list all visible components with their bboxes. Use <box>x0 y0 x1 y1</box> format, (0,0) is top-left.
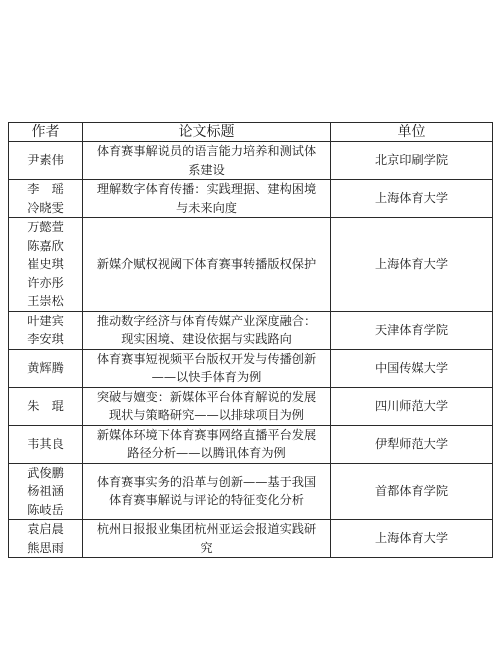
paper-title-line: 杭州日报报业集团杭州亚运会报道实践研 <box>87 520 326 539</box>
header-author: 作者 <box>9 123 83 142</box>
author-name: 陈岐岳 <box>13 501 78 520</box>
paper-title-line: 体育赛事解说员的语言能力培养和测试体 <box>87 142 326 161</box>
author-cell: 韦其良 <box>9 425 83 463</box>
paper-title-line: 理解数字体育传播：实践理据、建构困境 <box>87 180 326 199</box>
affiliation-cell: 上海体育大学 <box>331 520 493 558</box>
header-affiliation: 单位 <box>331 123 493 142</box>
table-row: 袁启晨熊思雨杭州日报报业集团杭州亚运会报道实践研究上海体育大学 <box>9 520 493 558</box>
author-name: 杨祖涵 <box>13 482 78 501</box>
paper-title-line: 体育赛事短视频平台版权开发与传播创新 <box>87 350 326 369</box>
paper-title-cell: 杭州日报报业集团杭州亚运会报道实践研究 <box>83 520 331 558</box>
paper-title-cell: 新媒介赋权视阈下体育赛事转播版权保护 <box>83 218 331 312</box>
paper-title-line: 路径分析——以腾讯体育为例 <box>87 444 326 463</box>
paper-title-line: 推动数字经济与体育传媒产业深度融合： <box>87 312 326 331</box>
table-row: 韦其良新媒体环境下体育赛事网络直播平台发展路径分析——以腾讯体育为例伊犁师范大学 <box>9 425 493 463</box>
paper-title-cell: 体育赛事实务的沿革与创新——基于我国体育赛事解说与评论的特征变化分析 <box>83 463 331 520</box>
author-name: 熊思雨 <box>13 539 78 558</box>
paper-title-line: 系建设 <box>87 161 326 180</box>
affiliation-cell: 四川师范大学 <box>331 387 493 425</box>
table-body: 尹素伟体育赛事解说员的语言能力培养和测试体系建设北京印刷学院李 瑶冷晓雯理解数字… <box>9 142 493 558</box>
author-name: 朱 琨 <box>13 397 78 416</box>
affiliation-cell: 伊犁师范大学 <box>331 425 493 463</box>
paper-title-line: 现实困境、建设依据与实践路向 <box>87 330 326 349</box>
paper-title-line: 突破与嬗变：新媒体平台体育解说的发展 <box>87 388 326 407</box>
paper-title-line: 体育赛事实务的沿革与创新——基于我国 <box>87 473 326 492</box>
header-title: 论文标题 <box>83 123 331 142</box>
affiliation-cell: 中国传媒大学 <box>331 349 493 387</box>
table-row: 朱 琨突破与嬗变：新媒体平台体育解说的发展现状与策略研究——以排球项目为例四川师… <box>9 387 493 425</box>
author-cell: 尹素伟 <box>9 142 83 180</box>
table-row: 万懿萱陈嘉欣崔史琪许亦彤王崇松新媒介赋权视阈下体育赛事转播版权保护上海体育大学 <box>9 218 493 312</box>
paper-title-line: 新媒体环境下体育赛事网络直播平台发展 <box>87 426 326 445</box>
author-name: 万懿萱 <box>13 218 78 237</box>
author-name: 李安琪 <box>13 330 78 349</box>
table-row: 叶建宾李安琪推动数字经济与体育传媒产业深度融合：现实困境、建设依据与实践路向天津… <box>9 311 493 349</box>
paper-title-line: 新媒介赋权视阈下体育赛事转播版权保护 <box>87 255 326 274</box>
author-cell: 朱 琨 <box>9 387 83 425</box>
paper-title-cell: 理解数字体育传播：实践理据、建构困境与未来向度 <box>83 180 331 218</box>
affiliation-cell: 北京印刷学院 <box>331 142 493 180</box>
paper-title-line: 现状与策略研究——以排球项目为例 <box>87 406 326 425</box>
table-row: 李 瑶冷晓雯理解数字体育传播：实践理据、建构困境与未来向度上海体育大学 <box>9 180 493 218</box>
paper-title-cell: 新媒体环境下体育赛事网络直播平台发展路径分析——以腾讯体育为例 <box>83 425 331 463</box>
author-name: 王崇松 <box>13 292 78 311</box>
author-cell: 叶建宾李安琪 <box>9 311 83 349</box>
affiliation-cell: 上海体育大学 <box>331 218 493 312</box>
author-name: 尹素伟 <box>13 151 78 170</box>
author-name: 袁启晨 <box>13 520 78 539</box>
paper-title-cell: 推动数字经济与体育传媒产业深度融合：现实困境、建设依据与实践路向 <box>83 311 331 349</box>
author-name: 陈嘉欣 <box>13 237 78 256</box>
author-name: 李 瑶 <box>13 180 78 199</box>
paper-title-cell: 体育赛事解说员的语言能力培养和测试体系建设 <box>83 142 331 180</box>
author-name: 叶建宾 <box>13 312 78 331</box>
papers-table: 作者 论文标题 单位 尹素伟体育赛事解说员的语言能力培养和测试体系建设北京印刷学… <box>8 122 493 558</box>
paper-title-line: 究 <box>87 539 326 558</box>
author-cell: 袁启晨熊思雨 <box>9 520 83 558</box>
paper-title-cell: 体育赛事短视频平台版权开发与传播创新——以快手体育为例 <box>83 349 331 387</box>
author-name: 黄辉腾 <box>13 359 78 378</box>
author-name: 崔史琪 <box>13 255 78 274</box>
author-name: 武俊鹏 <box>13 464 78 483</box>
paper-title-line: ——以快手体育为例 <box>87 368 326 387</box>
author-name: 许亦彤 <box>13 274 78 293</box>
paper-title-cell: 突破与嬗变：新媒体平台体育解说的发展现状与策略研究——以排球项目为例 <box>83 387 331 425</box>
table-row: 尹素伟体育赛事解说员的语言能力培养和测试体系建设北京印刷学院 <box>9 142 493 180</box>
author-cell: 武俊鹏杨祖涵陈岐岳 <box>9 463 83 520</box>
paper-title-line: 与未来向度 <box>87 199 326 218</box>
paper-title-line: 体育赛事解说与评论的特征变化分析 <box>87 491 326 510</box>
author-cell: 李 瑶冷晓雯 <box>9 180 83 218</box>
author-cell: 黄辉腾 <box>9 349 83 387</box>
author-name: 冷晓雯 <box>13 199 78 218</box>
table-row: 武俊鹏杨祖涵陈岐岳体育赛事实务的沿革与创新——基于我国体育赛事解说与评论的特征变… <box>9 463 493 520</box>
header-row: 作者 论文标题 单位 <box>9 123 493 142</box>
affiliation-cell: 上海体育大学 <box>331 180 493 218</box>
author-name: 韦其良 <box>13 435 78 454</box>
affiliation-cell: 天津体育学院 <box>331 311 493 349</box>
table-row: 黄辉腾体育赛事短视频平台版权开发与传播创新——以快手体育为例中国传媒大学 <box>9 349 493 387</box>
author-cell: 万懿萱陈嘉欣崔史琪许亦彤王崇松 <box>9 218 83 312</box>
affiliation-cell: 首都体育学院 <box>331 463 493 520</box>
